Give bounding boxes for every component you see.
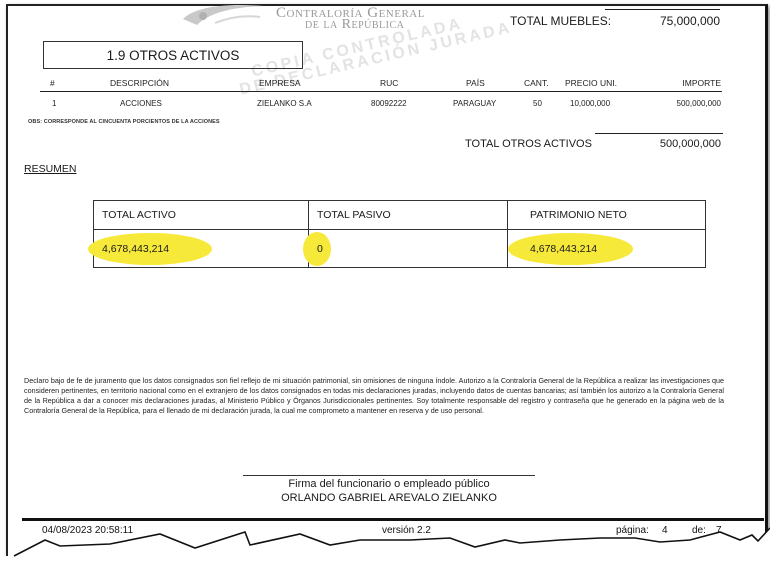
signature-line <box>243 475 535 476</box>
column-header-pais: PAÍS <box>466 78 485 88</box>
footer-version: versión 2.2 <box>382 525 431 536</box>
total-muebles-value: 75,000,000 <box>630 14 720 28</box>
column-header-importe: IMPORTE <box>660 78 721 88</box>
section-title: 1.9 OTROS ACTIVOS <box>107 48 240 63</box>
column-header-empresa: EMPRESA <box>259 78 301 88</box>
cell-empresa: ZIELANKO S.A <box>257 99 312 108</box>
cell-precio-uni: 10,000,000 <box>570 99 610 108</box>
column-header-descripcion: DESCRIPCIÓN <box>110 78 169 88</box>
summary-value-patrimonio-neto: 4,678,443,214 <box>508 230 706 268</box>
cell-importe: 500,000,000 <box>640 99 721 108</box>
total-otros-activos-rule <box>595 133 723 134</box>
footer-of-label: de: <box>692 525 706 536</box>
summary-table: TOTAL ACTIVO TOTAL PASIVO PATRIMONIO NET… <box>93 200 706 268</box>
cell-cant: 50 <box>533 99 542 108</box>
total-muebles-label: TOTAL MUEBLES: <box>510 14 611 28</box>
cell-pais: PARAGUAY <box>453 99 496 108</box>
footer-timestamp: 04/08/2023 20:58:11 <box>42 525 133 536</box>
observation-note: OBS: CORRESPONDE AL CINCUENTA PORCIENTOS… <box>28 119 220 125</box>
footer-page-label: página: <box>616 525 649 536</box>
column-header-precio-uni: PRECIO UNI. <box>565 78 617 88</box>
section-title-box: 1.9 OTROS ACTIVOS <box>43 41 303 69</box>
signature-label: Firma del funcionario o empleado público <box>243 478 535 490</box>
footer-rule <box>22 518 764 521</box>
column-header-cant: CANT. <box>524 78 549 88</box>
summary-value-total-pasivo: 0 <box>309 230 508 268</box>
column-header-num: # <box>50 78 55 88</box>
column-header-ruc: RUC <box>380 78 398 88</box>
summary-header-total-pasivo: TOTAL PASIVO <box>309 201 508 230</box>
signatory-name: ORLANDO GABRIEL AREVALO ZIELANKO <box>243 492 535 504</box>
total-muebles-rule <box>605 9 720 10</box>
cell-descripcion: ACCIONES <box>120 99 162 108</box>
footer-page-total: 7 <box>716 525 722 536</box>
sworn-declaration-text: Declaro bajo de fe de juramento que los … <box>24 376 724 416</box>
summary-header-patrimonio-neto: PATRIMONIO NETO <box>508 201 706 230</box>
total-otros-activos-label: TOTAL OTROS ACTIVOS <box>465 138 592 150</box>
table-header-rule <box>40 91 722 92</box>
total-otros-activos-value: 500,000,000 <box>620 138 721 150</box>
summary-header-total-activo: TOTAL ACTIVO <box>94 201 309 230</box>
summary-value-total-activo: 4,678,443,214 <box>94 230 309 268</box>
resumen-heading: RESUMEN <box>24 163 77 175</box>
institution-logo-icon <box>175 3 265 29</box>
cell-num: 1 <box>52 99 56 108</box>
cell-ruc: 80092222 <box>371 99 407 108</box>
footer-page-number: 4 <box>662 525 668 536</box>
